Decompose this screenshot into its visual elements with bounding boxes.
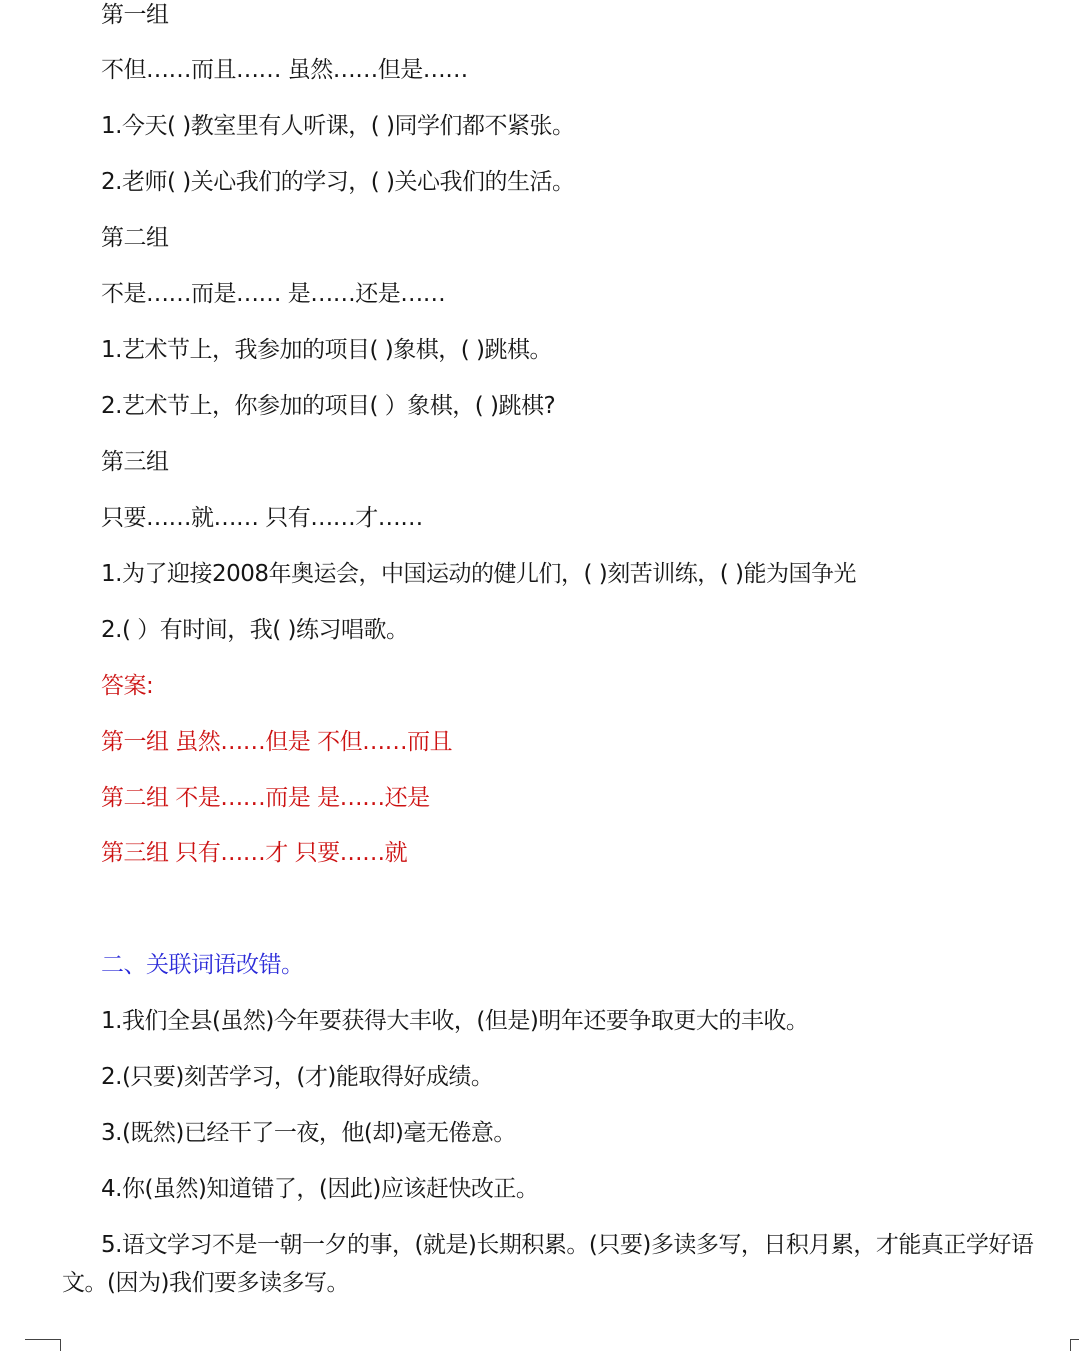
correction-item-5: 5.语文学习不是一朝一夕的事，(就是)长期积累。(只要)多读多写，日积月累，才能… <box>62 1226 1072 1302</box>
page-corner-mark-right <box>1070 1339 1079 1351</box>
correction-item-1: 1.我们全县(虽然)今年要获得大丰收，(但是)明年还要争取更大的丰收。 <box>101 1006 808 1036</box>
group-2-question-1: 1.艺术节上，我参加的项目( )象棋，( )跳棋。 <box>101 335 552 365</box>
group-1-title: 第一组 <box>101 0 169 30</box>
group-1-question-2: 2.老师( )关心我们的学习，( )关心我们的生活。 <box>101 167 574 197</box>
group-3-words: 只要……就…… 只有……才…… <box>101 503 423 533</box>
group-2-words: 不是……而是…… 是……还是…… <box>101 279 445 309</box>
group-3-question-2: 2.( ）有时间，我( )练习唱歌。 <box>101 615 409 645</box>
section-2-heading: 二、关联词语改错。 <box>101 950 304 980</box>
correction-item-2: 2.(只要)刻苦学习，(才)能取得好成绩。 <box>101 1062 493 1092</box>
correction-item-3: 3.(既然)已经干了一夜，他(却)毫无倦意。 <box>101 1118 516 1148</box>
page-corner-mark-left <box>25 1339 61 1351</box>
answer-label: 答案: <box>101 671 153 701</box>
group-3-title: 第三组 <box>101 447 169 477</box>
group-1-words: 不但……而且…… 虽然……但是…… <box>101 55 468 85</box>
group-3-question-1: 1.为了迎接2008年奥运会，中国运动的健儿们，( )刻苦训练，( )能为国争光 <box>101 559 856 589</box>
answer-group-3: 第三组 只有……才 只要……就 <box>101 838 407 868</box>
answer-group-1: 第一组 虽然……但是 不但……而且 <box>101 727 452 757</box>
answer-group-2: 第二组 不是……而是 是……还是 <box>101 783 430 813</box>
group-2-question-2: 2.艺术节上，你参加的项目( ）象棋，( )跳棋? <box>101 391 555 421</box>
correction-item-4: 4.你(虽然)知道错了，(因此)应该赶快改正。 <box>101 1174 538 1204</box>
group-1-question-1: 1.今天( )教室里有人听课，( )同学们都不紧张。 <box>101 111 574 141</box>
document-page: 第一组 不但……而且…… 虽然……但是…… 1.今天( )教室里有人听课，( )… <box>0 0 1079 1351</box>
group-2-title: 第二组 <box>101 223 169 253</box>
